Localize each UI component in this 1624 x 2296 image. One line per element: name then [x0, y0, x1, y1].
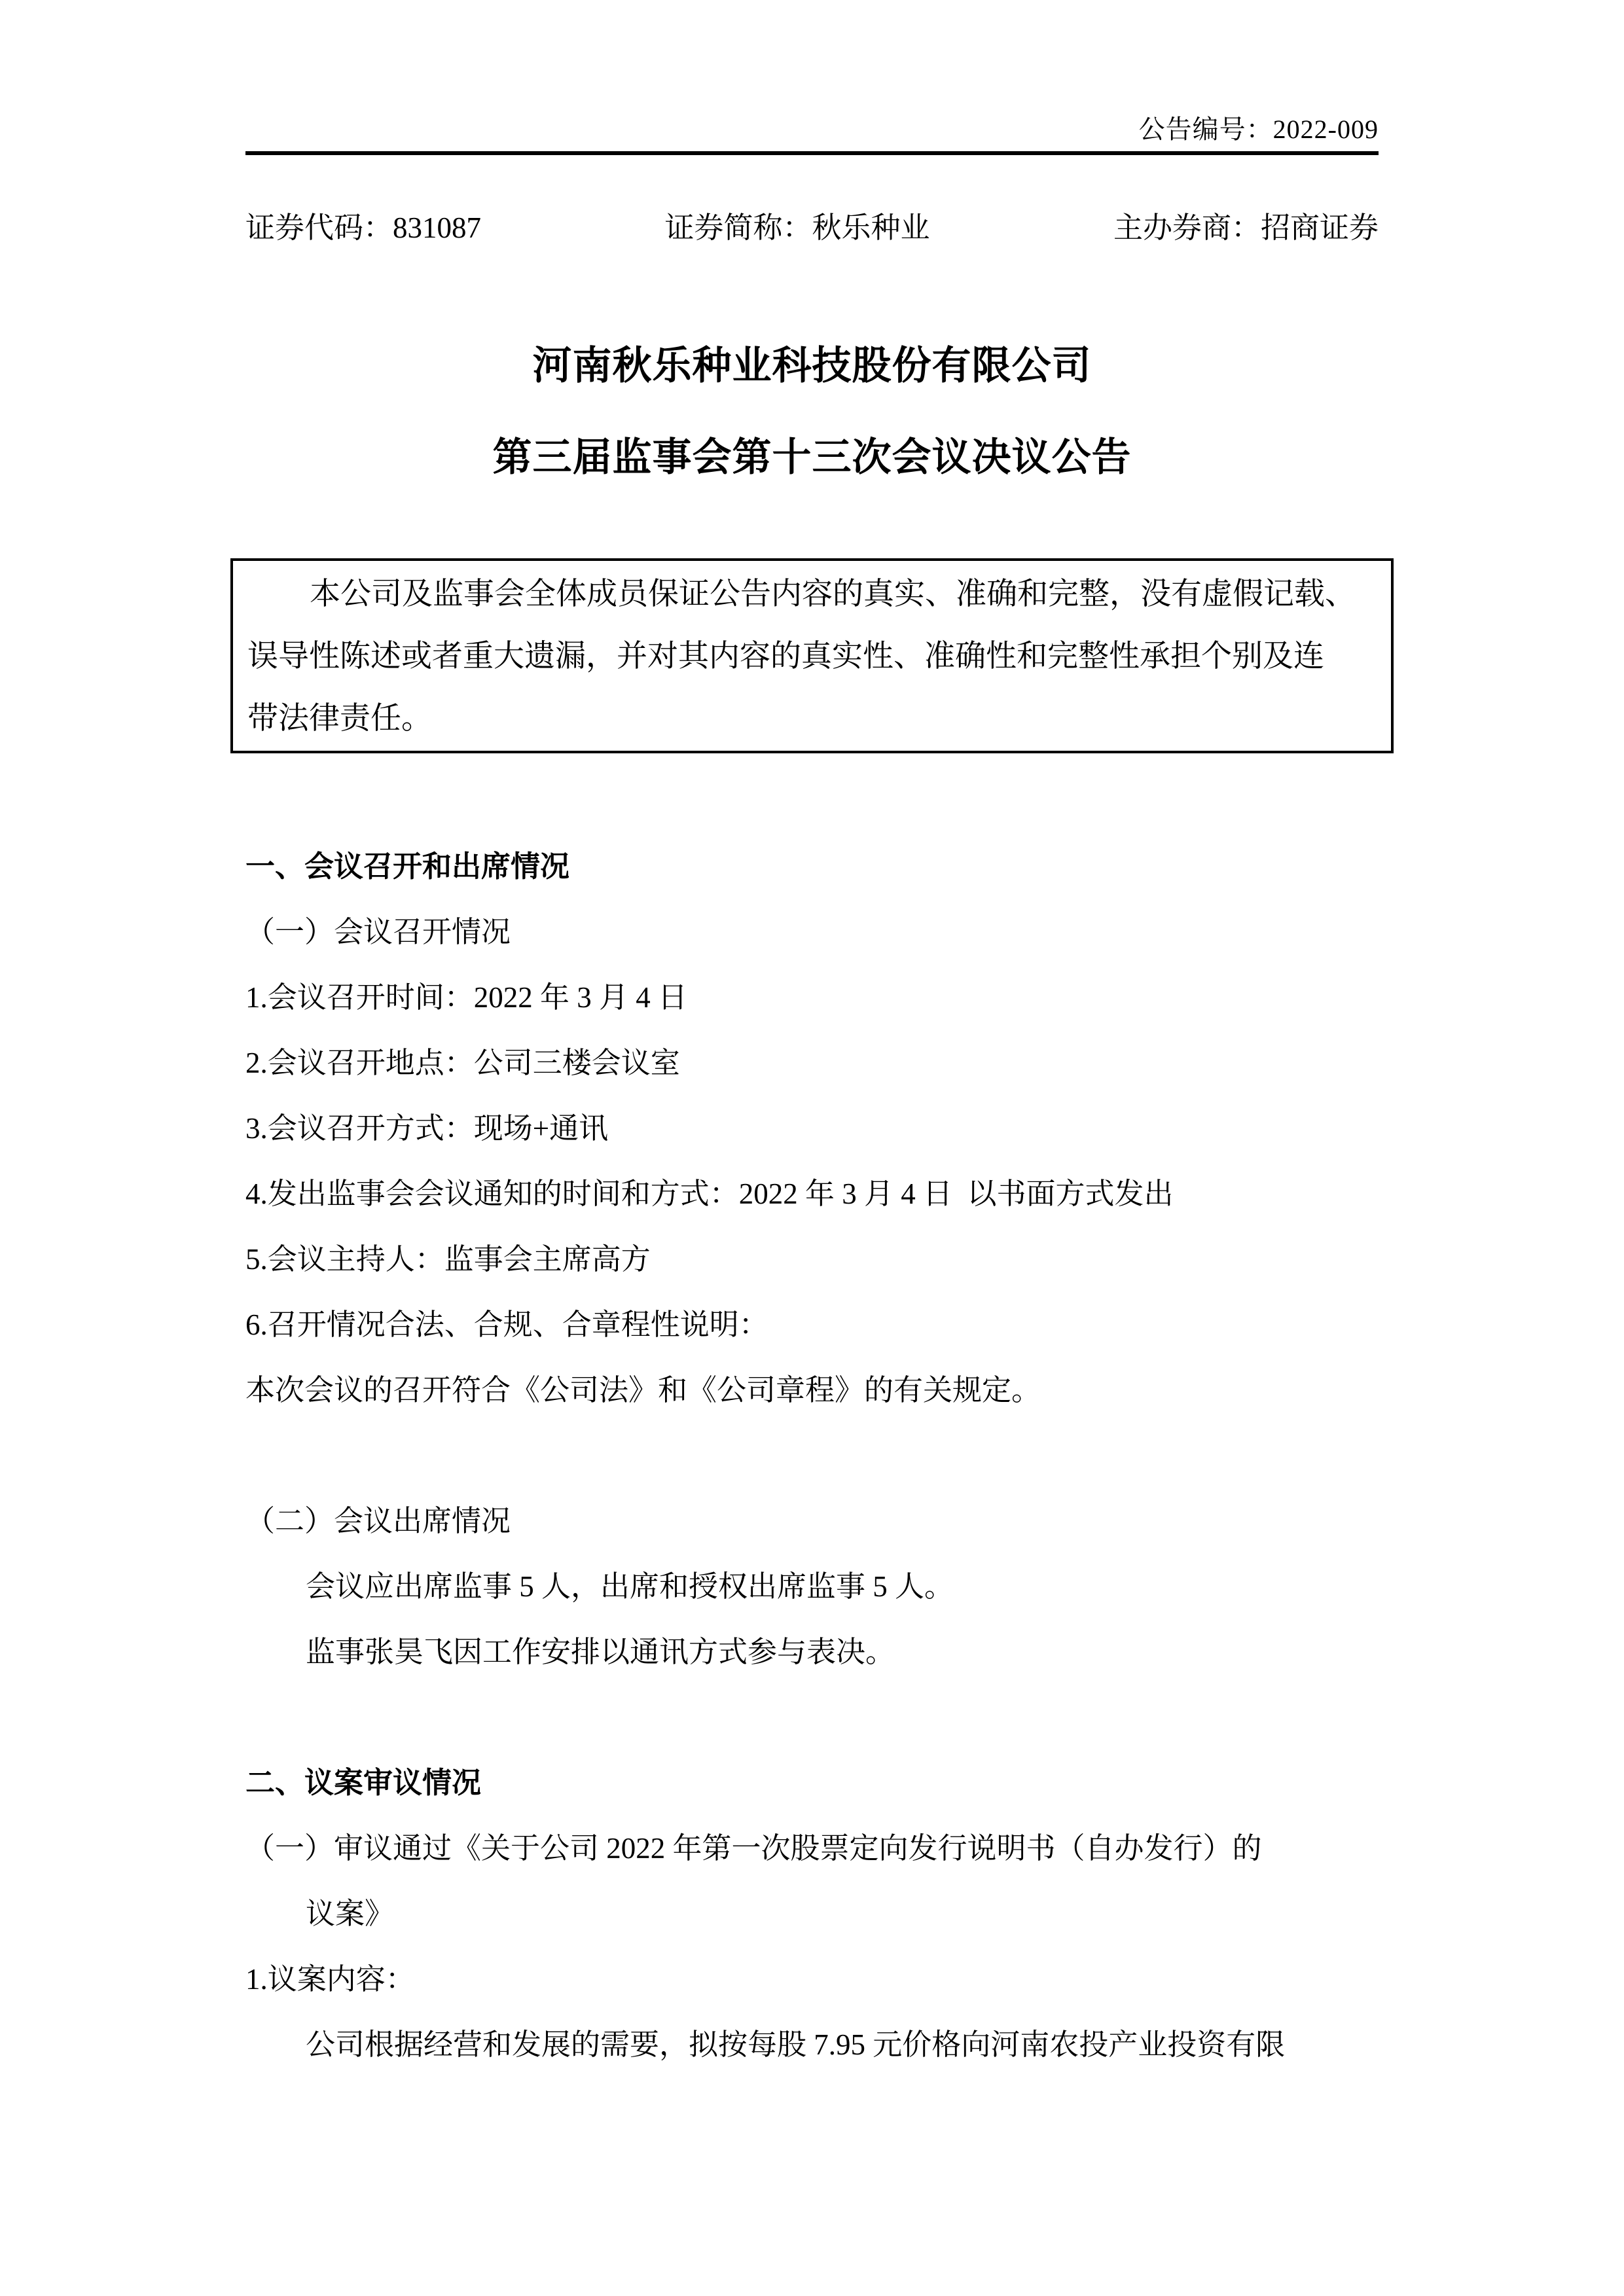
disclaimer-line: 误导性陈述或者重大遗漏，并对其内容的真实性、准确性和完整性承担个别及连 — [247, 626, 1377, 688]
body-line — [245, 1685, 1379, 1750]
body-line: 本次会议的召开符合《公司法》和《公司章程》的有关规定。 — [245, 1357, 1379, 1423]
body-line: （二）会议出席情况 — [245, 1488, 1379, 1554]
stock-abbr-label: 证券简称：秋乐种业 — [664, 213, 929, 243]
body-line: 二、议案审议情况 — [245, 1750, 1379, 1816]
document-body: 一、会议召开和出席情况（一）会议召开情况1.会议召开时间：2022 年 3 月 … — [245, 834, 1379, 2077]
body-line: （一）审议通过《关于公司 2022 年第一次股票定向发行说明书（自办发行）的 — [245, 1816, 1379, 1881]
stock-code-label: 证券代码：831087 — [245, 213, 481, 243]
document-page: 公告编号：2022-009 证券代码：831087 证券简称：秋乐种业 主办券商… — [0, 0, 1624, 2296]
securities-info-row: 证券代码：831087 证券简称：秋乐种业 主办券商：招商证券 — [245, 213, 1379, 243]
sponsor-label: 主办券商：招商证券 — [1113, 213, 1379, 243]
body-line: 会议应出席监事 5 人，出席和授权出席监事 5 人。 — [245, 1554, 1379, 1619]
disclaimer-box: 本公司及监事会全体成员保证公告内容的真实、准确和完整，没有虚假记载、误导性陈述或… — [230, 558, 1394, 753]
company-name-title: 河南秋乐种业科技股份有限公司 — [245, 320, 1379, 412]
body-line: 一、会议召开和出席情况 — [245, 834, 1379, 899]
body-line — [245, 1423, 1379, 1488]
disclaimer-line: 带法律责任。 — [247, 688, 1377, 750]
body-line: 1.议案内容： — [245, 1946, 1379, 2012]
body-line: 2.会议召开地点：公司三楼会议室 — [245, 1030, 1379, 1096]
body-line: 6.召开情况合法、合规、合章程性说明： — [245, 1292, 1379, 1357]
announcement-number: 公告编号：2022-009 — [245, 115, 1379, 145]
meeting-resolution-subtitle: 第三届监事会第十三次会议决议公告 — [245, 412, 1379, 503]
document-title-block: 河南秋乐种业科技股份有限公司 第三届监事会第十三次会议决议公告 — [245, 320, 1379, 503]
body-line: 1.会议召开时间：2022 年 3 月 4 日 — [245, 965, 1379, 1030]
body-line: 5.会议主持人：监事会主席高方 — [245, 1227, 1379, 1292]
body-line: 监事张昊飞因工作安排以通讯方式参与表决。 — [245, 1619, 1379, 1685]
body-line: 议案》 — [245, 1881, 1379, 1946]
body-line: （一）会议召开情况 — [245, 899, 1379, 965]
disclaimer-line: 本公司及监事会全体成员保证公告内容的真实、准确和完整，没有虚假记载、 — [247, 564, 1377, 626]
header-rule — [245, 151, 1379, 155]
body-line: 3.会议召开方式：现场+通讯 — [245, 1096, 1379, 1161]
body-line: 公司根据经营和发展的需要，拟按每股 7.95 元价格向河南农投产业投资有限 — [245, 2012, 1379, 2077]
body-line: 4.发出监事会会议通知的时间和方式：2022 年 3 月 4 日 以书面方式发出 — [245, 1161, 1379, 1227]
